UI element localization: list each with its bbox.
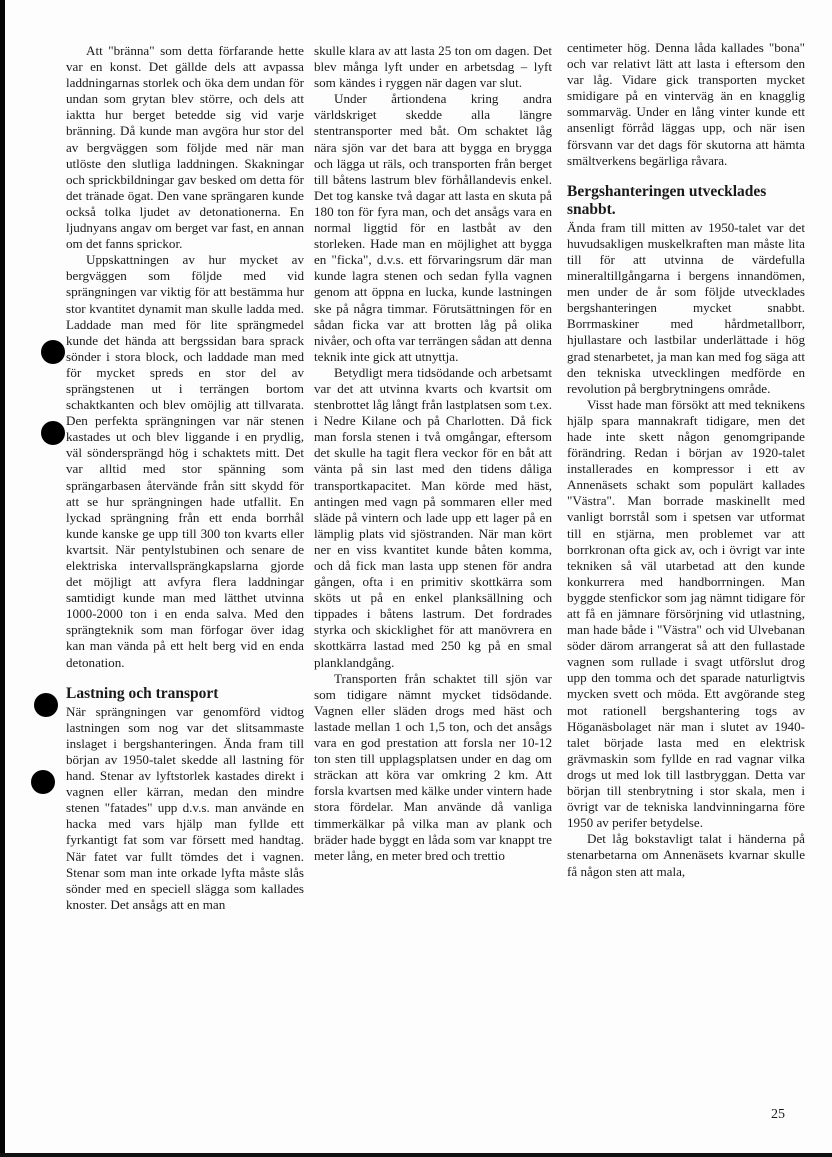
- paragraph: Transporten från schaktet till sjön var …: [314, 671, 552, 864]
- paragraph: Betydligt mera tidsödande och arbetsamt …: [314, 365, 552, 671]
- scanned-page: Att "bränna" som detta förfarande hette …: [0, 0, 832, 1157]
- paragraph: Visst hade man försökt att med teknikens…: [567, 397, 805, 832]
- paragraph: centimeter hög. Denna låda kallades "bon…: [567, 40, 805, 169]
- paragraph: När sprängningen var genomförd vidtog la…: [66, 704, 304, 913]
- paragraph: Uppskattningen av hur mycket av bergvägg…: [66, 252, 304, 670]
- punch-hole: [34, 693, 58, 717]
- text-column-2: skulle klara av att lasta 25 ton om dage…: [314, 43, 552, 864]
- paragraph: Under årtiondena kring andra världskrige…: [314, 91, 552, 365]
- scan-edge-bottom: [0, 1153, 832, 1157]
- punch-hole: [31, 770, 55, 794]
- section-heading: Bergshanteringen utvecklades snabbt.: [567, 183, 805, 219]
- punch-hole: [41, 340, 65, 364]
- page-number: 25: [771, 1107, 785, 1123]
- punch-hole: [41, 421, 65, 445]
- text-column-3: centimeter hög. Denna låda kallades "bon…: [567, 40, 805, 880]
- text-column-1: Att "bränna" som detta förfarande hette …: [66, 43, 304, 913]
- section-heading: Lastning och transport: [66, 685, 304, 703]
- paragraph: Att "bränna" som detta förfarande hette …: [66, 43, 304, 252]
- scan-edge-left: [0, 0, 5, 1157]
- paragraph: Ända fram till mitten av 1950-talet var …: [567, 220, 805, 397]
- paragraph: skulle klara av att lasta 25 ton om dage…: [314, 43, 552, 91]
- paragraph: Det låg bokstavligt talat i händerna på …: [567, 831, 805, 879]
